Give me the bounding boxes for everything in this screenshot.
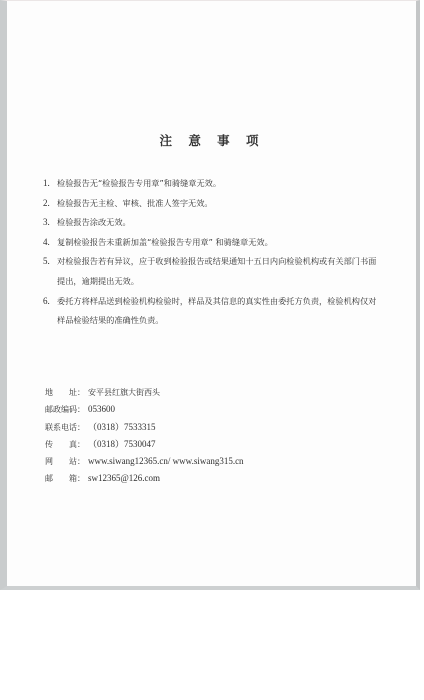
- note-number: 2.: [43, 194, 50, 214]
- note-number: 1.: [43, 174, 50, 194]
- notes-list: 1. 检验报告无“检验报告专用章”和骑缝章无效。 2. 检验报告无主检、审核、批…: [43, 174, 383, 331]
- note-item: 2. 检验报告无主检、审核、批准人签字无效。: [43, 194, 383, 214]
- note-item: 1. 检验报告无“检验报告专用章”和骑缝章无效。: [43, 174, 383, 194]
- note-text: 检验报告涂改无效。: [57, 213, 383, 233]
- contact-website: 网 站：www.siwang12365.cn/ www.siwang315.cn: [45, 453, 345, 470]
- contact-address: 地 址：安平县红旗大街西头: [45, 385, 345, 401]
- contact-postcode: 邮政编码：053600: [45, 401, 345, 418]
- contact-phone: 联系电话：（0318）7533315: [45, 419, 345, 436]
- contact-info: 地 址：安平县红旗大街西头 邮政编码：053600 联系电话：（0318）753…: [45, 385, 345, 488]
- contact-label: 网 站：: [45, 454, 88, 470]
- note-text: 委托方将样品送到检验机构检验时，样品及其信息的真实性由委托方负责，检验机构仅对样…: [57, 292, 383, 331]
- note-item: 6. 委托方将样品送到检验机构检验时，样品及其信息的真实性由委托方负责，检验机构…: [43, 292, 383, 331]
- contact-email: 邮 箱：sw12365@126.com: [45, 470, 345, 487]
- note-item: 3. 检验报告涂改无效。: [43, 213, 383, 233]
- contact-label: 联系电话：: [45, 420, 88, 436]
- contact-label: 传 真：: [45, 437, 88, 453]
- contact-value: 053600: [88, 404, 115, 414]
- note-number: 6.: [43, 292, 50, 312]
- note-number: 4.: [43, 233, 50, 253]
- note-item: 5. 对检验报告若有异议，应于收到检验报告或结果通知十五日内向检验机构或有关部门…: [43, 252, 383, 291]
- contact-value: sw12365@126.com: [88, 473, 160, 483]
- contact-value: 安平县红旗大街西头: [88, 388, 160, 397]
- note-text: 复制检验报告未重新加盖“检验报告专用章” 和骑缝章无效。: [57, 233, 383, 253]
- contact-label: 邮 箱：: [45, 471, 88, 487]
- contact-value: www.siwang12365.cn/ www.siwang315.cn: [88, 456, 244, 466]
- note-text: 对检验报告若有异议，应于收到检验报告或结果通知十五日内向检验机构或有关部门书面提…: [57, 252, 383, 291]
- page-title: 注 意 事 项: [0, 131, 424, 149]
- contact-fax: 传 真：（0318）7530047: [45, 436, 345, 453]
- note-number: 3.: [43, 213, 50, 233]
- contact-label: 邮政编码：: [45, 402, 88, 418]
- note-text: 检验报告无“检验报告专用章”和骑缝章无效。: [57, 174, 383, 194]
- contact-value: （0318）7530047: [88, 439, 156, 449]
- note-text: 检验报告无主检、审核、批准人签字无效。: [57, 194, 383, 214]
- note-number: 5.: [43, 252, 50, 272]
- contact-value: （0318）7533315: [88, 422, 156, 432]
- note-item: 4. 复制检验报告未重新加盖“检验报告专用章” 和骑缝章无效。: [43, 233, 383, 253]
- contact-label: 地 址：: [45, 385, 88, 401]
